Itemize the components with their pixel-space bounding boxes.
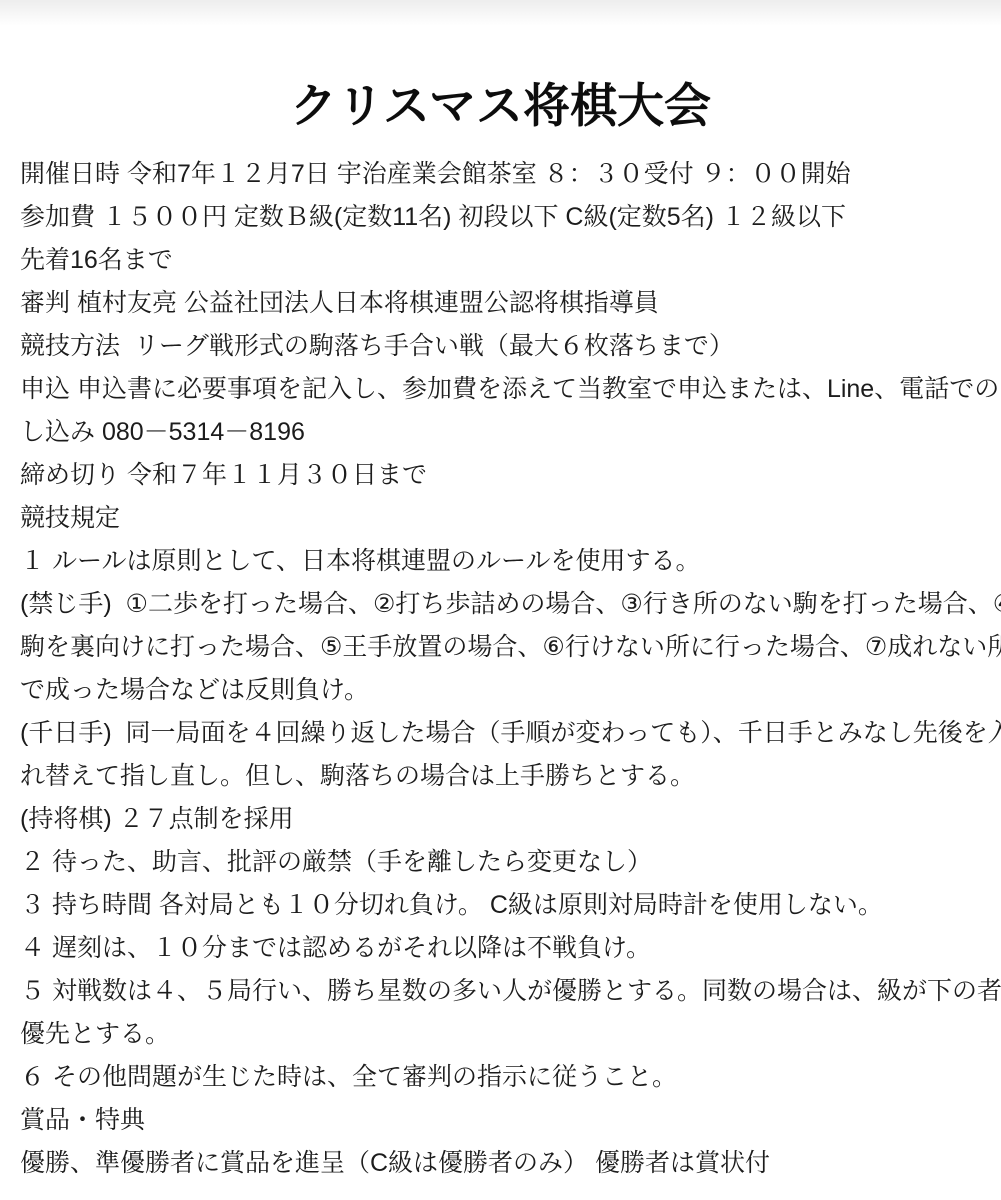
text-line: 審判 植村友亮 公益社団法人日本将棋連盟公認将棋指導員 xyxy=(20,282,991,325)
text-line: 開催日時 令和7年１２月7日 宇治産業会館茶室 ８：３０受付 ９：００開始 xyxy=(20,153,991,196)
text-line: 優勝、準優勝者に賞品を進呈（C級は優勝者のみ） 優勝者は賞状付 xyxy=(20,1142,991,1185)
document-body: 開催日時 令和7年１２月7日 宇治産業会館茶室 ８：３０受付 ９：００開始参加費… xyxy=(0,153,1001,1185)
text-line: (禁じ手) ①二歩を打った場合、②打ち歩詰めの場合、③行き所のない駒を打った場合… xyxy=(20,583,991,626)
text-line: 賞品・特典 xyxy=(20,1099,991,1142)
text-line: (千日手) 同一局面を４回繰り返した場合（手順が変わっても）、千日手とみなし先後… xyxy=(20,712,991,755)
text-line: １ ルールは原則として、日本将棋連盟のルールを使用する。 xyxy=(20,540,991,583)
text-line: 参加費 １５００円 定数Ｂ級(定数11名) 初段以下 C級(定数5名) １２級以… xyxy=(20,196,991,239)
text-line: 先着16名まで xyxy=(20,239,991,282)
text-line: で成った場合などは反則負け。 xyxy=(20,669,991,712)
text-line: 優先とする。 xyxy=(20,1013,991,1056)
text-line: し込み 080－5314－8196 xyxy=(20,411,991,454)
text-line: (持将棋) ２７点制を採用 xyxy=(20,798,991,841)
text-line: ５ 対戦数は４、５局行い、勝ち星数の多い人が優勝とする。同数の場合は、級が下の者… xyxy=(20,970,991,1013)
text-line: 申込 申込書に必要事項を記入し、参加費を添えて当教室で申込または、Line、電話… xyxy=(20,368,991,411)
text-line: ４ 遅刻は、１０分までは認めるがそれ以降は不戦負け。 xyxy=(20,927,991,970)
document-title: クリスマス将棋大会 xyxy=(0,0,1001,132)
text-line: 駒を裏向けに打った場合、⑤王手放置の場合、⑥行けない所に行った場合、⑦成れない所 xyxy=(20,626,991,669)
text-line: 競技方法 リーグ戦形式の駒落ち手合い戦（最大６枚落ちまで） xyxy=(20,325,991,368)
text-line: ３ 持ち時間 各対局とも１０分切れ負け。 C級は原則対局時計を使用しない。 xyxy=(20,884,991,927)
text-line: 締め切り 令和７年１１月３０日まで xyxy=(20,454,991,497)
text-line: 競技規定 xyxy=(20,497,991,540)
text-line: れ替えて指し直し。但し、駒落ちの場合は上手勝ちとする。 xyxy=(20,755,991,798)
text-line: ２ 待った、助言、批評の厳禁（手を離したら変更なし） xyxy=(20,841,991,884)
text-line: ６ その他問題が生じた時は、全て審判の指示に従うこと。 xyxy=(20,1056,991,1099)
